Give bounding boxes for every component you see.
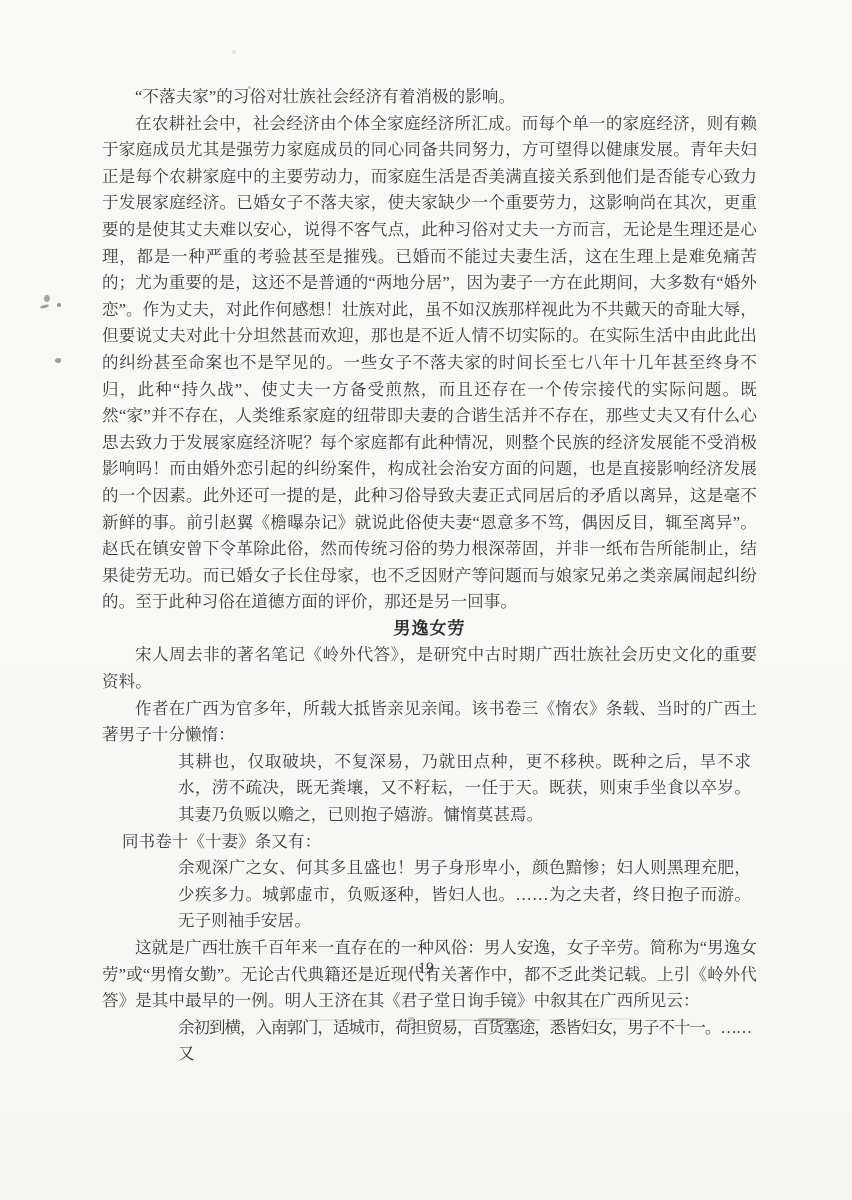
- body-text-column: “不落夫家”的习俗对壮族社会经济有着消极的影响。 在农耕社会中，社会经济由个体全…: [102, 84, 757, 1068]
- scan-speck: [43, 294, 51, 303]
- paragraph: 作者在广西为官多年，所载大抵皆亲见亲闻。该书卷三《惰农》条载、当时的广西土著男子…: [102, 696, 757, 749]
- scan-speck: [146, 713, 149, 716]
- block-quote: 其耕也，仅取破块，不复深易，乃就田点种，更不移秧。既种之后，旱不求水，涝不疏决，…: [178, 749, 751, 829]
- section-heading: 男逸女劳: [102, 616, 757, 643]
- scan-smudge: [548, 1019, 564, 1021]
- paragraph: 同书卷十《十妻》条又有：: [102, 829, 757, 856]
- scan-speck: [55, 358, 62, 364]
- scan-smudge: [518, 1019, 540, 1021]
- paragraph: “不落夫家”的习俗对壮族社会经济有着消极的影响。: [102, 84, 757, 111]
- scan-smudge: [310, 1019, 352, 1021]
- block-quote: 余观深广之女、何其多且盛也！男子身形卑小，颜色黯惨；妇人则黑理充肥，少疾多力。城…: [178, 855, 751, 935]
- scan-speck: [248, 86, 251, 89]
- block-quote: 余初到横，入南郭门，适城市，荷担贸易，百货塞途，悉皆妇女，男子不十一。……又: [178, 1015, 751, 1068]
- paragraph: 宋人周去非的著名笔记《岭外代答》，是研究中古时期广西壮族社会历史文化的重要资料。: [102, 642, 757, 695]
- scan-speck: [40, 304, 49, 309]
- scan-smudge: [585, 1018, 635, 1020]
- paragraph: 在农耕社会中，社会经济由个体全家庭经济所汇成。而每个单一的家庭经济，则有赖于家庭…: [102, 111, 757, 616]
- scan-smudge: [448, 1019, 476, 1021]
- scan-smudge: [408, 1017, 414, 1021]
- page-number: 19: [0, 960, 852, 978]
- scan-speck: [232, 50, 236, 54]
- scan-smudge: [478, 1018, 516, 1021]
- scan-speck: [57, 303, 61, 307]
- scanned-book-page: “不落夫家”的习俗对壮族社会经济有着消极的影响。 在农耕社会中，社会经济由个体全…: [0, 0, 852, 1200]
